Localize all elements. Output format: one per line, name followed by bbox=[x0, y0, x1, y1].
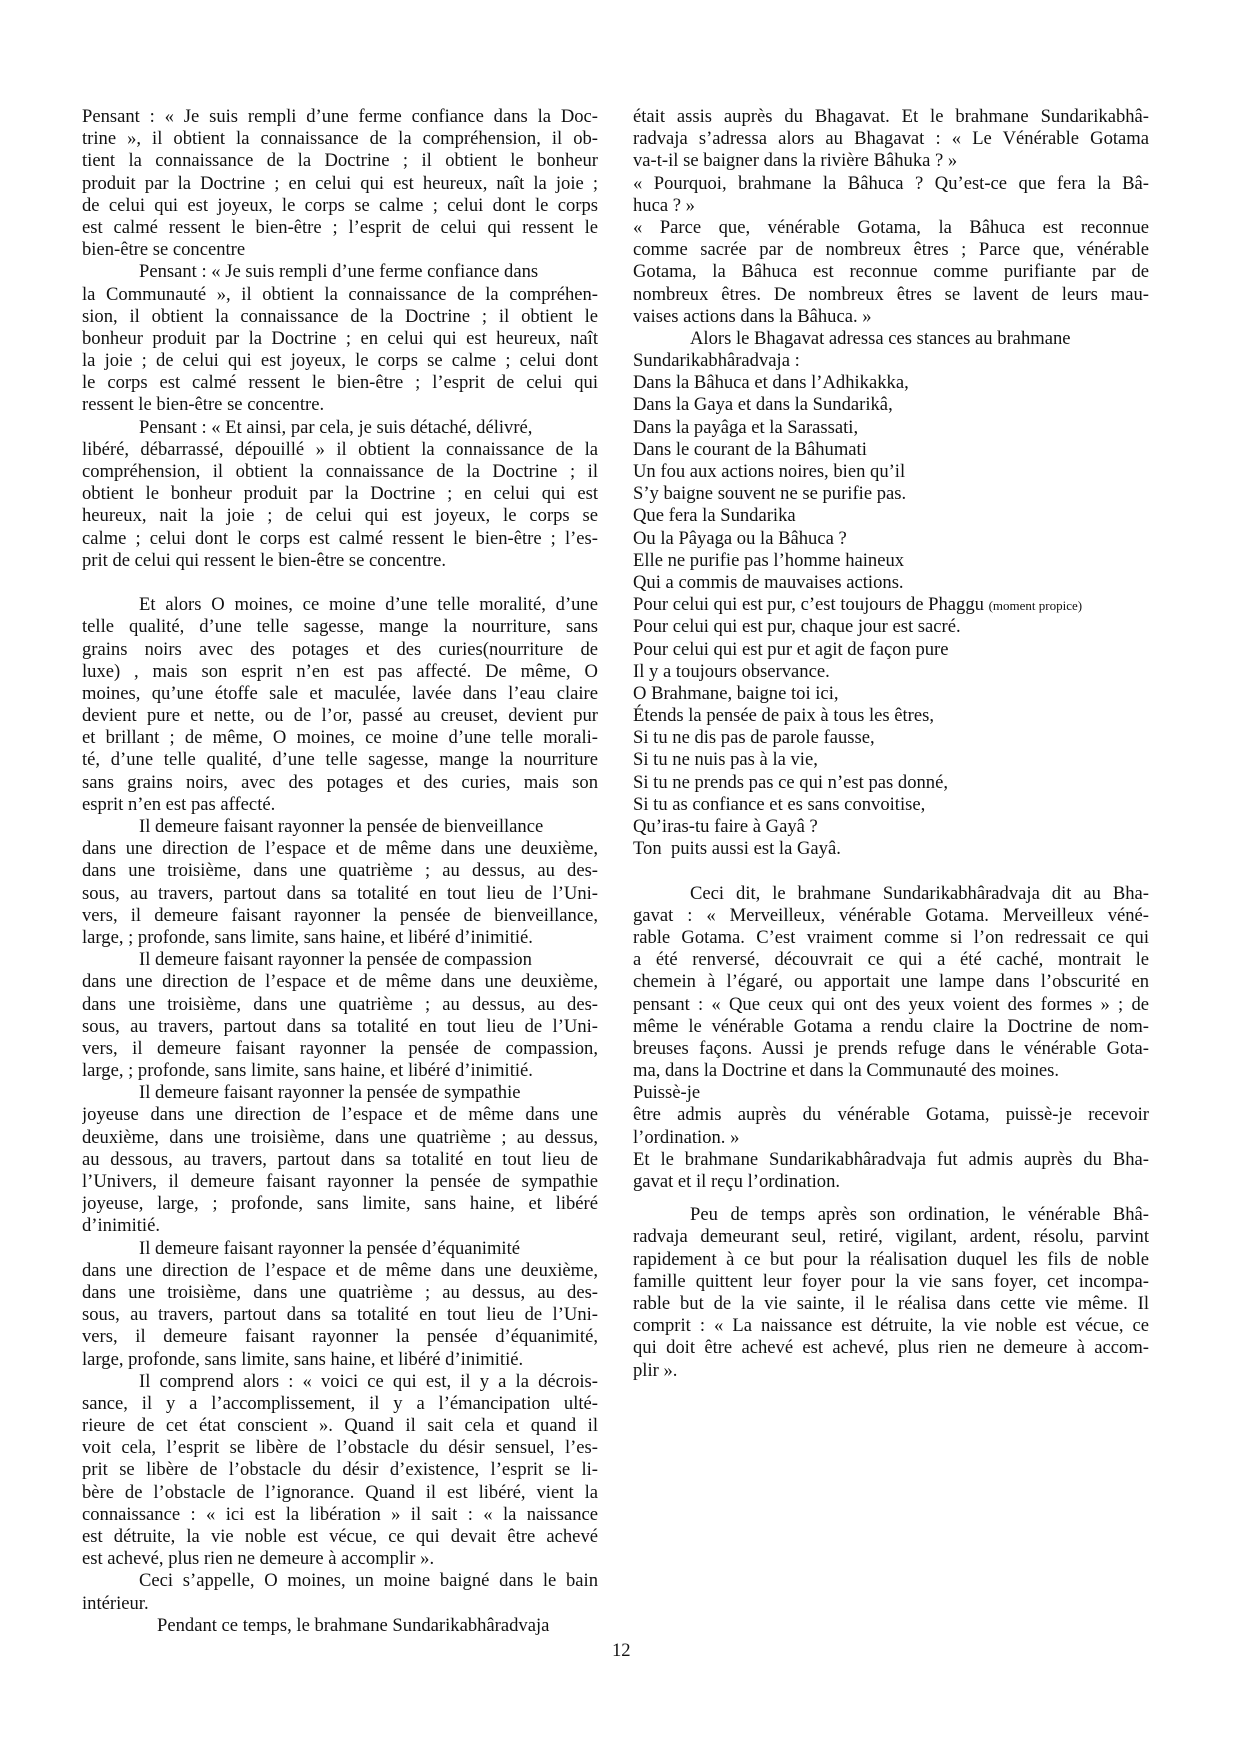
text-line: vaises actions dans la Bâhuca. » bbox=[633, 306, 1149, 328]
text-line: voit cela, l’esprit se libère de l’obsta… bbox=[82, 1437, 598, 1459]
verse-line: Elle ne purifie pas l’homme haineux bbox=[633, 550, 1149, 572]
text-line: dans une direction de l’espace et de mêm… bbox=[82, 971, 598, 993]
verse-line: Dans la payâga et la Sarassati, bbox=[633, 417, 1149, 439]
verse-line: S’y baigne souvent ne se purifie pas. bbox=[633, 483, 1149, 505]
text-line: même le vénérable Gotama a rendu claire … bbox=[633, 1016, 1149, 1038]
text-line: d’inimitié. bbox=[82, 1215, 598, 1237]
text-line: dans une troisième, dans une quatrième ;… bbox=[82, 1282, 598, 1304]
text-line: la joie ; de celui qui est joyeux, le co… bbox=[82, 350, 598, 372]
paragraph-start: Il demeure faisant rayonner la pensée de… bbox=[82, 1082, 598, 1104]
text-line: est détruite, la vie noble est vécue, ce… bbox=[82, 1526, 598, 1548]
text-line: heureux, nait la joie ; de celui qui est… bbox=[82, 505, 598, 527]
text-line: sans grains noirs, avec des potages et d… bbox=[82, 772, 598, 794]
text-line: tient la connaissance de la Doctrine ; i… bbox=[82, 150, 598, 172]
text-line: Pensant : « Je suis rempli d’une ferme c… bbox=[82, 106, 598, 128]
text-line: au dessous, au travers, partout dans sa … bbox=[82, 1149, 598, 1171]
text-line: huca ? » bbox=[633, 195, 1149, 217]
verse-line: Pour celui qui est pur, chaque jour est … bbox=[633, 616, 1149, 638]
text-line: être admis auprès du vénérable Gotama, p… bbox=[633, 1104, 1149, 1126]
text-line: devient pure et nette, ou de l’or, passé… bbox=[82, 705, 598, 727]
verse-line: Dans le courant de la Bâhumati bbox=[633, 439, 1149, 461]
text-line: dans une direction de l’espace et de mêm… bbox=[82, 1260, 598, 1282]
verse-line: Pour celui qui est pur et agit de façon … bbox=[633, 639, 1149, 661]
blank-line bbox=[82, 572, 598, 594]
text-line: et brillant ; de même, O moines, ce moin… bbox=[82, 727, 598, 749]
text-line: Gotama, la Bâhuca est reconnue comme pur… bbox=[633, 261, 1149, 283]
text-line: sion, il obtient la connaissance de la D… bbox=[82, 306, 598, 328]
text-line: Et le brahmane Sundarikabhâradvaja fut a… bbox=[633, 1149, 1149, 1171]
text-line: intérieur. bbox=[82, 1593, 598, 1615]
text-line: deuxième, dans une troisième, dans une q… bbox=[82, 1127, 598, 1149]
text-line: rable Gotama. C’est vraiment comme si l’… bbox=[633, 927, 1149, 949]
verse-line: Qui a commis de mauvaises actions. bbox=[633, 572, 1149, 594]
text-line: trine », il obtient la connaissance de l… bbox=[82, 128, 598, 150]
text-line: gavat : « Merveilleux, vénérable Gotama.… bbox=[633, 905, 1149, 927]
text-line: compréhension, il obtient la connaissanc… bbox=[82, 461, 598, 483]
text-line: sous, au travers, partout dans sa totali… bbox=[82, 883, 598, 905]
text-line: sance, il y a l’accomplissement, il y a … bbox=[82, 1393, 598, 1415]
paragraph-start: Il demeure faisant rayonner la pensée d’… bbox=[82, 1238, 598, 1260]
verse-line: Si tu ne prends pas ce qui n’est pas don… bbox=[633, 772, 1149, 794]
verse-line: Ou la Pâyaga ou la Bâhuca ? bbox=[633, 528, 1149, 550]
text-line: grains noirs avec des potages et des cur… bbox=[82, 639, 598, 661]
verse-line: Si tu ne dis pas de parole fausse, bbox=[633, 727, 1149, 749]
text-line: large, ; profonde, sans limite, sans hai… bbox=[82, 1060, 598, 1082]
text-line: moines, qu’une étoffe sale et maculée, l… bbox=[82, 683, 598, 705]
text-line: comprit : « La naissance est détruite, l… bbox=[633, 1315, 1149, 1337]
verse-line: Ton puits aussi est la Gayâ. bbox=[633, 838, 1149, 860]
paragraph-start: Il demeure faisant rayonner la pensée de… bbox=[82, 949, 598, 971]
verse-line: Un fou aux actions noires, bien qu’il bbox=[633, 461, 1149, 483]
page-number: 12 bbox=[612, 1640, 631, 1662]
verse-line: Dans la Bâhuca et dans l’Adhikakka, bbox=[633, 372, 1149, 394]
verse-line: Que fera la Sundarika bbox=[633, 505, 1149, 527]
paragraph-start: Peu de temps après son ordination, le vé… bbox=[633, 1204, 1149, 1226]
text-line: bien-être se concentre bbox=[82, 239, 598, 261]
text-line: produit par la Doctrine ; en celui qui e… bbox=[82, 173, 598, 195]
text-line: chemein à l’égaré, ou apportait une lamp… bbox=[633, 971, 1149, 993]
text-line: sous, au travers, partout dans sa totali… bbox=[82, 1304, 598, 1326]
text-line: prit se libère de l’obstacle du désir d’… bbox=[82, 1459, 598, 1481]
text-line: « Pourquoi, brahmane la Bâhuca ? Qu’est-… bbox=[633, 173, 1149, 195]
verse-line: Si tu as confiance et es sans convoitise… bbox=[633, 794, 1149, 816]
left-column: Pensant : « Je suis rempli d’une ferme c… bbox=[82, 106, 598, 1637]
text-line: calme ; celui dont le corps est calmé re… bbox=[82, 528, 598, 550]
paragraph-start: Ceci dit, le brahmane Sundarikabhâradvaj… bbox=[633, 883, 1149, 905]
paragraph-start: Alors le Bhagavat adressa ces stances au… bbox=[633, 328, 1149, 350]
text-line: esprit n’en est pas affecté. bbox=[82, 794, 598, 816]
text-line: large, ; profonde, sans limite, sans hai… bbox=[82, 927, 598, 949]
text-line: famille quittent leur foyer pour la vie … bbox=[633, 1271, 1149, 1293]
text-line: bonheur produit par la Doctrine ; en cel… bbox=[82, 328, 598, 350]
paragraph-start: Il comprend alors : « voici ce qui est, … bbox=[82, 1371, 598, 1393]
paragraph-spacing bbox=[633, 1193, 1149, 1204]
text-line: la Communauté », il obtient la connaissa… bbox=[82, 284, 598, 306]
text-line: de celui qui est joyeux, le corps se cal… bbox=[82, 195, 598, 217]
verse-line: Il y a toujours observance. bbox=[633, 661, 1149, 683]
text-line: telle qualité, d’une telle sagesse, mang… bbox=[82, 616, 598, 638]
text-line: rieure de cet état conscient ». Quand il… bbox=[82, 1415, 598, 1437]
text-line: a été renversé, découvrait ce qui a été … bbox=[633, 949, 1149, 971]
text-line: l’Univers, il demeure faisant rayonner l… bbox=[82, 1171, 598, 1193]
text-line: gavat et il reçu l’ordination. bbox=[633, 1171, 1149, 1193]
text-line: obtient le bonheur produit par la Doctri… bbox=[82, 483, 598, 505]
verse-line: Si tu ne nuis pas à la vie, bbox=[633, 749, 1149, 771]
verse-line: O Brahmane, baigne toi ici, bbox=[633, 683, 1149, 705]
text-line: qui doit être achevé est achevé, plus ri… bbox=[633, 1337, 1149, 1359]
paragraph-start: Pensant : « Je suis rempli d’une ferme c… bbox=[82, 261, 598, 283]
blank-line bbox=[633, 860, 1149, 882]
text-line: libéré, débarrassé, dépouillé » il obtie… bbox=[82, 439, 598, 461]
text-line: large, profonde, sans limite, sans haine… bbox=[82, 1349, 598, 1371]
text-line: vers, il demeure faisant rayonner la pen… bbox=[82, 1326, 598, 1348]
text-line: dans une direction de l’espace et de mêm… bbox=[82, 838, 598, 860]
text-line: prit de celui qui ressent le bien-être s… bbox=[82, 550, 598, 572]
verse-line: Dans la Gaya et dans la Sundarikâ, bbox=[633, 394, 1149, 416]
text-line: Sundarikabhâradvaja : bbox=[633, 350, 1149, 372]
paragraph-start: Pendant ce temps, le brahmane Sundarikab… bbox=[82, 1615, 598, 1637]
text-line: breuses façons. Aussi je prends refuge d… bbox=[633, 1038, 1149, 1060]
text-line: vers, il demeure faisant rayonner la pen… bbox=[82, 905, 598, 927]
text-line: connaissance : « ici est la libération »… bbox=[82, 1504, 598, 1526]
text-line: était assis auprès du Bhagavat. Et le br… bbox=[633, 106, 1149, 128]
text-line: comme sacrée par de nombreux êtres ; Par… bbox=[633, 239, 1149, 261]
text-line: té, d’une telle qualité, d’une telle sag… bbox=[82, 749, 598, 771]
paragraph-start: Et alors O moines, ce moine d’une telle … bbox=[82, 594, 598, 616]
paragraph-start: Ceci s’appelle, O moines, un moine baign… bbox=[82, 1570, 598, 1592]
text-line: nombreux êtres. De nombreux êtres se lav… bbox=[633, 284, 1149, 306]
paragraph-start: Pensant : « Et ainsi, par cela, je suis … bbox=[82, 417, 598, 439]
text-line: dans une troisième, dans une quatrième ;… bbox=[82, 860, 598, 882]
text-line: ma, dans la Doctrine et dans la Communau… bbox=[633, 1060, 1149, 1082]
text-line: est achevé, plus rien ne demeure à accom… bbox=[82, 1548, 598, 1570]
text-line: « Parce que, vénérable Gotama, la Bâhuca… bbox=[633, 217, 1149, 239]
text-line: bère de l’obstacle de l’ignorance. Quand… bbox=[82, 1482, 598, 1504]
text-line: pensant : « Que ceux qui ont des yeux vo… bbox=[633, 994, 1149, 1016]
text-line: dans une troisième, dans une quatrième ;… bbox=[82, 994, 598, 1016]
text-line: joyeuse, large, ; profonde, sans limite,… bbox=[82, 1193, 598, 1215]
text-line: l’ordination. » bbox=[633, 1127, 1149, 1149]
verse-line: Étends la pensée de paix à tous les être… bbox=[633, 705, 1149, 727]
verse-line: Qu’iras-tu faire à Gayâ ? bbox=[633, 816, 1149, 838]
text-line: plir ». bbox=[633, 1360, 1149, 1382]
text-line: rapidement à ce but pour la réalisation … bbox=[633, 1249, 1149, 1271]
text-line: est calmé ressent le bien-être ; l’espri… bbox=[82, 217, 598, 239]
right-column: était assis auprès du Bhagavat. Et le br… bbox=[633, 106, 1149, 1382]
text-line: rable but de la vie sainte, il le réalis… bbox=[633, 1293, 1149, 1315]
text-line: radvaja demeurant seul, retiré, vigilant… bbox=[633, 1226, 1149, 1248]
text-line: va-t-il se baigner dans la rivière Bâhuk… bbox=[633, 150, 1149, 172]
text-line: Puissè-je bbox=[633, 1082, 1149, 1104]
verse-line: Pour celui qui est pur, c’est toujours d… bbox=[633, 594, 1149, 616]
text-line: luxe) , mais son esprit n’en est pas aff… bbox=[82, 661, 598, 683]
text-line: vers, il demeure faisant rayonner la pen… bbox=[82, 1038, 598, 1060]
paragraph-start: Il demeure faisant rayonner la pensée de… bbox=[82, 816, 598, 838]
text-line: radvaja s’adressa alors au Bhagavat : « … bbox=[633, 128, 1149, 150]
text-line: sous, au travers, partout dans sa totali… bbox=[82, 1016, 598, 1038]
text-line: ressent le bien-être se concentre. bbox=[82, 394, 598, 416]
text-line: le corps est calmé ressent le bien-être … bbox=[82, 372, 598, 394]
verse-note: (moment propice) bbox=[989, 598, 1083, 613]
verse-text: Pour celui qui est pur, c’est toujours d… bbox=[633, 594, 984, 615]
text-line: joyeuse dans une direction de l’espace e… bbox=[82, 1104, 598, 1126]
